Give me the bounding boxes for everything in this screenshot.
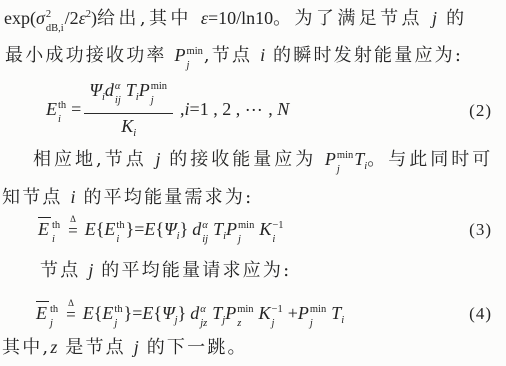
equation-2-number: (2) bbox=[469, 101, 492, 121]
equals-sign: = bbox=[71, 99, 81, 119]
math-supsub: minj bbox=[310, 305, 326, 329]
math-var-psi: Ψ bbox=[89, 80, 102, 100]
cn-text: 。与此同时可 bbox=[367, 149, 493, 170]
math-supsub: −1j bbox=[272, 305, 283, 329]
cn-text: ,节点 bbox=[204, 45, 260, 66]
math-sub: i bbox=[341, 315, 344, 326]
cn-text: 最小成功接收功率 bbox=[5, 45, 175, 66]
cn-text: 的下一跳。 bbox=[139, 337, 248, 358]
math-sup: min bbox=[337, 151, 353, 161]
math-sub: dB,i bbox=[46, 24, 64, 34]
math-sup: min bbox=[187, 47, 203, 57]
cn-text: 知节点 bbox=[2, 187, 71, 208]
math-var-P: P bbox=[139, 80, 150, 100]
text-line-2: 最小成功接收功率 Pminj,节点 i 的瞬时发射能量应为: bbox=[5, 41, 463, 71]
math-sup: −1 bbox=[272, 305, 283, 315]
math-var-psi: Ψ bbox=[162, 303, 175, 323]
math-supsub: αij bbox=[115, 82, 121, 106]
equation-4-number: (4) bbox=[469, 304, 492, 324]
equation-2: Ethi=ΨidαijTiPminjKi,i=1 , 2 , … , N (2) bbox=[0, 84, 492, 138]
math-var-K: K bbox=[259, 303, 271, 323]
cn-text: 的平均能量需求为: bbox=[76, 187, 254, 208]
math-text: exp( bbox=[4, 8, 36, 28]
math-var-E-bar: E bbox=[38, 217, 51, 238]
fraction-denominator: Ki bbox=[84, 114, 173, 145]
math-var-E: E bbox=[83, 303, 94, 323]
equation-4: EthjΔ=E{Ethj}=E{Ψj}dαjzTjPminzK−1j+Pminj… bbox=[0, 291, 492, 337]
math-var-E-bar: E bbox=[36, 301, 49, 322]
math-var-P: P bbox=[175, 45, 186, 65]
math-sup: α bbox=[202, 221, 208, 231]
math-text: , bbox=[264, 99, 278, 119]
math-supsub: thj bbox=[50, 305, 58, 329]
math-var-P: P bbox=[325, 149, 336, 169]
math-var-T: T bbox=[354, 149, 364, 169]
math-var-T: T bbox=[212, 303, 222, 323]
right-brace: } bbox=[126, 219, 135, 239]
math-sub: i bbox=[272, 235, 283, 245]
left-brace: { bbox=[155, 219, 164, 239]
math-sub: j bbox=[337, 165, 353, 175]
math-var-d: d bbox=[192, 219, 201, 239]
paper-page: exp(σ2dB,i/2ε2)给出,其中 ε=10/ln10。为了满足节点 j … bbox=[0, 0, 506, 366]
math-var-E: E bbox=[104, 219, 115, 239]
left-brace: { bbox=[153, 303, 162, 323]
math-supsub: thi bbox=[116, 221, 124, 245]
math-var-T: T bbox=[126, 80, 136, 100]
math-sup: −1 bbox=[272, 221, 283, 231]
math-sup: th bbox=[114, 305, 122, 315]
math-supsub: minj bbox=[337, 151, 353, 175]
equals-sign: = bbox=[134, 219, 144, 239]
plus-sign: + bbox=[288, 303, 298, 323]
math-sub: i bbox=[52, 235, 60, 245]
math-sub: j bbox=[50, 319, 58, 329]
math-sup: th bbox=[50, 305, 58, 315]
equation-2-formula: Ethi=ΨidαijTiPminjKi,i=1 , 2 , … , N bbox=[46, 77, 289, 145]
equation-3: EthiΔ=E{Ethi}=E{Ψi}dαijTiPminjK−1i (3) bbox=[0, 207, 492, 253]
math-text: =10/ln10 bbox=[208, 8, 273, 28]
math-var-E: E bbox=[142, 303, 153, 323]
equation-3-formula: EthiΔ=E{Ethi}=E{Ψi}dαijTiPminjK−1i bbox=[38, 216, 285, 245]
math-sub: i bbox=[133, 128, 136, 139]
math-var-E: E bbox=[46, 99, 57, 119]
text-line-3: 相应地,节点 j 的接收能量应为 PminjTi。与此同时可 bbox=[33, 145, 493, 181]
cn-text: 是节点 bbox=[57, 337, 133, 358]
math-var-P: P bbox=[226, 219, 237, 239]
text-line-6: 其中,z 是节点 j 的下一跳。 bbox=[2, 333, 248, 362]
math-var-psi: Ψ bbox=[164, 219, 177, 239]
math-var-N: N bbox=[277, 99, 289, 119]
math-supsub: thj bbox=[114, 305, 122, 329]
math-sub: j bbox=[310, 319, 326, 329]
cn-text: 节点 bbox=[40, 260, 88, 281]
math-sub: z bbox=[237, 319, 253, 329]
math-var-T: T bbox=[213, 219, 223, 239]
fraction-numerator: ΨidαijTiPminj bbox=[84, 77, 173, 114]
cn-text: 的平均能量请求应为: bbox=[93, 260, 291, 281]
math-var-E: E bbox=[144, 219, 155, 239]
math-supsub: −1i bbox=[272, 221, 283, 245]
delta-equals-sign: Δ= bbox=[68, 216, 78, 238]
text-line-1: exp(σ2dB,i/2ε2)给出,其中 ε=10/ln10。为了满足节点 j … bbox=[4, 1, 468, 34]
math-var-epsilon: ε bbox=[201, 8, 208, 28]
math-sub: ij bbox=[115, 96, 121, 106]
math-sub: j bbox=[151, 96, 167, 106]
math-sub: j bbox=[238, 235, 254, 245]
math-text: /2 bbox=[65, 8, 79, 28]
right-brace: } bbox=[178, 303, 187, 323]
ellipsis: … bbox=[245, 95, 264, 115]
math-sub: j bbox=[114, 319, 122, 329]
math-sup: th bbox=[58, 101, 66, 111]
math-supsub: minz bbox=[237, 305, 253, 329]
delta-equals-sign: Δ= bbox=[66, 300, 76, 322]
math-var-T: T bbox=[331, 303, 341, 323]
math-var-K: K bbox=[121, 116, 133, 136]
math-sup: th bbox=[52, 221, 60, 231]
cn-text: 的瞬时发射能量应为: bbox=[265, 45, 463, 66]
cn-text: 的接收能量应为 bbox=[160, 149, 324, 170]
math-supsub: minj bbox=[151, 82, 167, 106]
math-sup: min bbox=[151, 82, 167, 92]
fraction: ΨidαijTiPminjKi bbox=[84, 77, 173, 145]
math-supsub: αjz bbox=[200, 305, 207, 329]
math-sup: min bbox=[238, 221, 254, 231]
math-sub: j bbox=[187, 61, 203, 71]
math-var-d: d bbox=[190, 303, 199, 323]
math-sup: min bbox=[237, 305, 253, 315]
math-sub: jz bbox=[200, 319, 207, 329]
math-sup: α bbox=[200, 305, 207, 315]
math-supsub: minj bbox=[238, 221, 254, 245]
math-var-P: P bbox=[225, 303, 236, 323]
math-var-d: d bbox=[105, 80, 114, 100]
equation-4-formula: EthjΔ=E{Ethj}=E{Ψj}dαjzTjPminzK−1j+Pminj… bbox=[36, 300, 344, 329]
equals-sign: = bbox=[132, 303, 142, 323]
math-text: =1 , 2 , bbox=[190, 99, 245, 119]
math-sup: 2 bbox=[46, 10, 64, 20]
cn-text: 其中, bbox=[2, 337, 50, 358]
math-sup: α bbox=[115, 82, 121, 92]
math-var-E: E bbox=[102, 303, 113, 323]
math-supsub: minj bbox=[187, 47, 203, 71]
cn-text: 。为了满足节点 bbox=[273, 8, 432, 29]
math-sup: min bbox=[310, 305, 326, 315]
math-supsub: αij bbox=[202, 221, 208, 245]
math-supsub: thi bbox=[52, 221, 60, 245]
math-sub: i bbox=[116, 235, 124, 245]
right-brace: } bbox=[180, 219, 189, 239]
cn-text: 给出,其中 bbox=[97, 8, 201, 29]
math-sub: ij bbox=[202, 235, 208, 245]
math-supsub: 2dB,i bbox=[46, 10, 64, 34]
cn-text: 相应地,节点 bbox=[33, 149, 155, 170]
text-line-5: 节点 j 的平均能量请求应为: bbox=[40, 256, 291, 285]
math-var-E: E bbox=[85, 219, 96, 239]
math-sub: i bbox=[58, 115, 66, 125]
right-brace: } bbox=[124, 303, 133, 323]
math-var-sigma: σ bbox=[36, 8, 45, 28]
math-var-P: P bbox=[298, 303, 309, 323]
math-supsub: thi bbox=[58, 101, 66, 125]
math-var-epsilon: ε bbox=[79, 8, 86, 28]
cn-text: 的 bbox=[437, 8, 468, 29]
math-sup: th bbox=[116, 221, 124, 231]
math-sub: j bbox=[272, 319, 283, 329]
equation-3-number: (3) bbox=[469, 220, 492, 240]
math-var-K: K bbox=[259, 219, 271, 239]
